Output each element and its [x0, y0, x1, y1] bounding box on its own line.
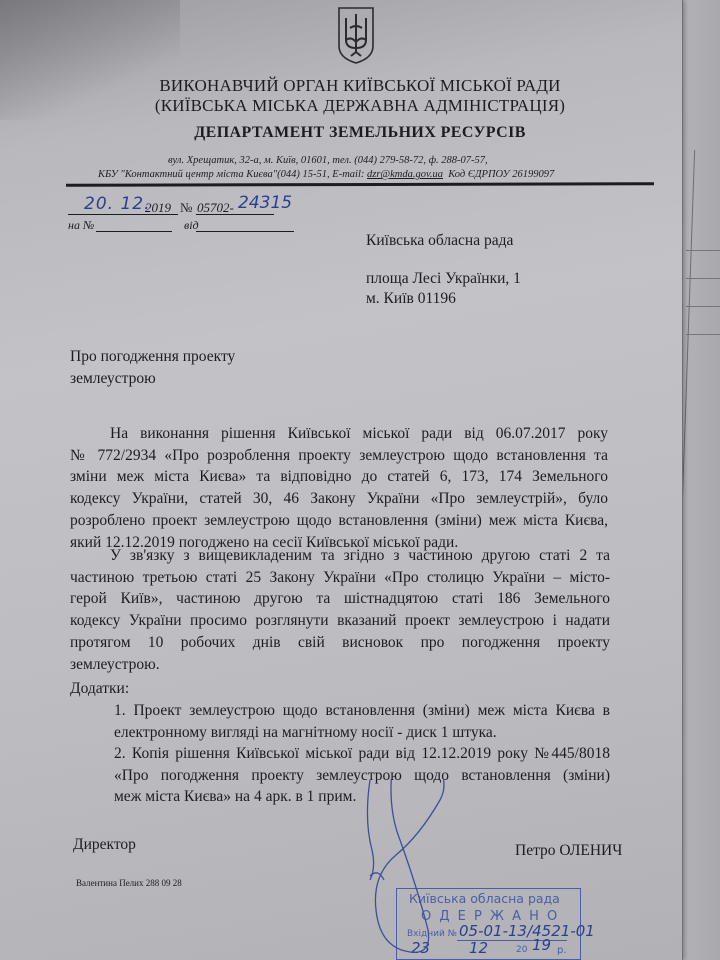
text-line: герой Київ», частиною другою та шістнадц… [70, 588, 610, 610]
header-administration: (КИЇВСЬКА МІСЬКА ДЕРЖАВНА АДМІНІСТРАЦІЯ) [0, 96, 720, 116]
text-line: електронному вигляді на магнітному носії… [114, 722, 610, 744]
header-department: ДЕПАРТАМЕНТ ЗЕМЕЛЬНИХ РЕСУРСІВ [0, 124, 720, 142]
text-line: частиною третьою статі 25 Закону України… [70, 567, 610, 589]
header-address: вул. Хрещатик, 32-а, м. Київ, 01601, тел… [168, 155, 488, 166]
text-line: 2. Копія рішення Київської міської ради … [114, 743, 610, 765]
date-underline [68, 214, 178, 215]
text-line: 1. Проект землеустрою щодо встановлення … [114, 700, 610, 722]
subject-line-2: землеустрою [70, 370, 156, 388]
email-link[interactable]: dzr@kmda.gov.ua [367, 169, 443, 180]
ruled-line [686, 334, 720, 335]
ruled-line [686, 306, 720, 307]
recipient-name: Київська обласна рада [366, 232, 513, 250]
recipient-city: м. Київ 01196 [366, 290, 456, 308]
ruled-line [686, 278, 720, 279]
contact-center: КБУ "Контактний центр міста Києва"(044) … [98, 169, 367, 180]
text-line: зміни меж міста Києва» та відповідно до … [70, 466, 608, 488]
attachment-item-1: 1. Проект землеустрою щодо встановлення … [114, 700, 610, 743]
reference-number-line [96, 231, 172, 232]
stamp-year-unit: р. [557, 945, 567, 956]
text-line: протягом 10 робочих днів свій висновок п… [70, 632, 610, 654]
subject-line-1: Про погодження проекту [70, 348, 235, 366]
text-line: У зв'язку з вищевикладеним та згідно з ч… [70, 545, 610, 567]
attachments-title: Додатки: [70, 680, 129, 698]
header-divider [66, 182, 654, 187]
header-organization: ВИКОНАВЧИЙ ОРГАН КИЇВСЬКОЇ МІСЬКОЇ РАДИ [0, 76, 720, 96]
reference-date-line [196, 231, 294, 232]
reference-number-label: на № [68, 218, 94, 233]
letter-page: ВИКОНАВЧИЙ ОРГАН КИЇВСЬКОЇ МІСЬКОЇ РАДИ … [0, 0, 683, 960]
text-line: кодексу України, статей 30, 46 Закону Ук… [70, 488, 608, 510]
body-paragraph-1: На виконання рішення Київської міської р… [70, 423, 608, 553]
number-underline [196, 214, 274, 215]
recipient-street: площа Лесі Українки, 1 [366, 270, 521, 288]
handwritten-number: 24315 [238, 193, 292, 213]
text-line: № 772/2934 «Про розроблення проекту земл… [70, 445, 608, 467]
text-line: На виконання рішення Київської міської р… [70, 423, 608, 445]
handwritten-signature [340, 780, 480, 960]
ruled-line [686, 250, 720, 251]
signatory-name: Петро ОЛЕНИЧ [515, 842, 622, 860]
text-line: розроблено проект землеустрою щодо встан… [70, 510, 608, 532]
edrpou-code: Код ЄДРПОУ 26199097 [448, 169, 554, 180]
text-line: землеустрою. [70, 654, 610, 676]
signatory-position: Директор [73, 836, 136, 854]
coat-of-arms-trident-icon [337, 6, 375, 64]
body-paragraph-2: У зв'язку з вищевикладеним та згідно з ч… [70, 545, 610, 675]
stamp-year-prefix: 20 [516, 945, 527, 955]
header-contacts: КБУ "Контактний центр міста Києва"(044) … [98, 169, 554, 180]
number-sign: № [180, 200, 192, 216]
handwritten-date: 20. 12. [84, 194, 150, 214]
stamp-year-suffix: 19 [532, 936, 551, 954]
text-line: кодексу України просимо розглянути вказа… [70, 610, 610, 632]
executor-contact: Валентина Пелих 288 09 28 [76, 878, 182, 888]
